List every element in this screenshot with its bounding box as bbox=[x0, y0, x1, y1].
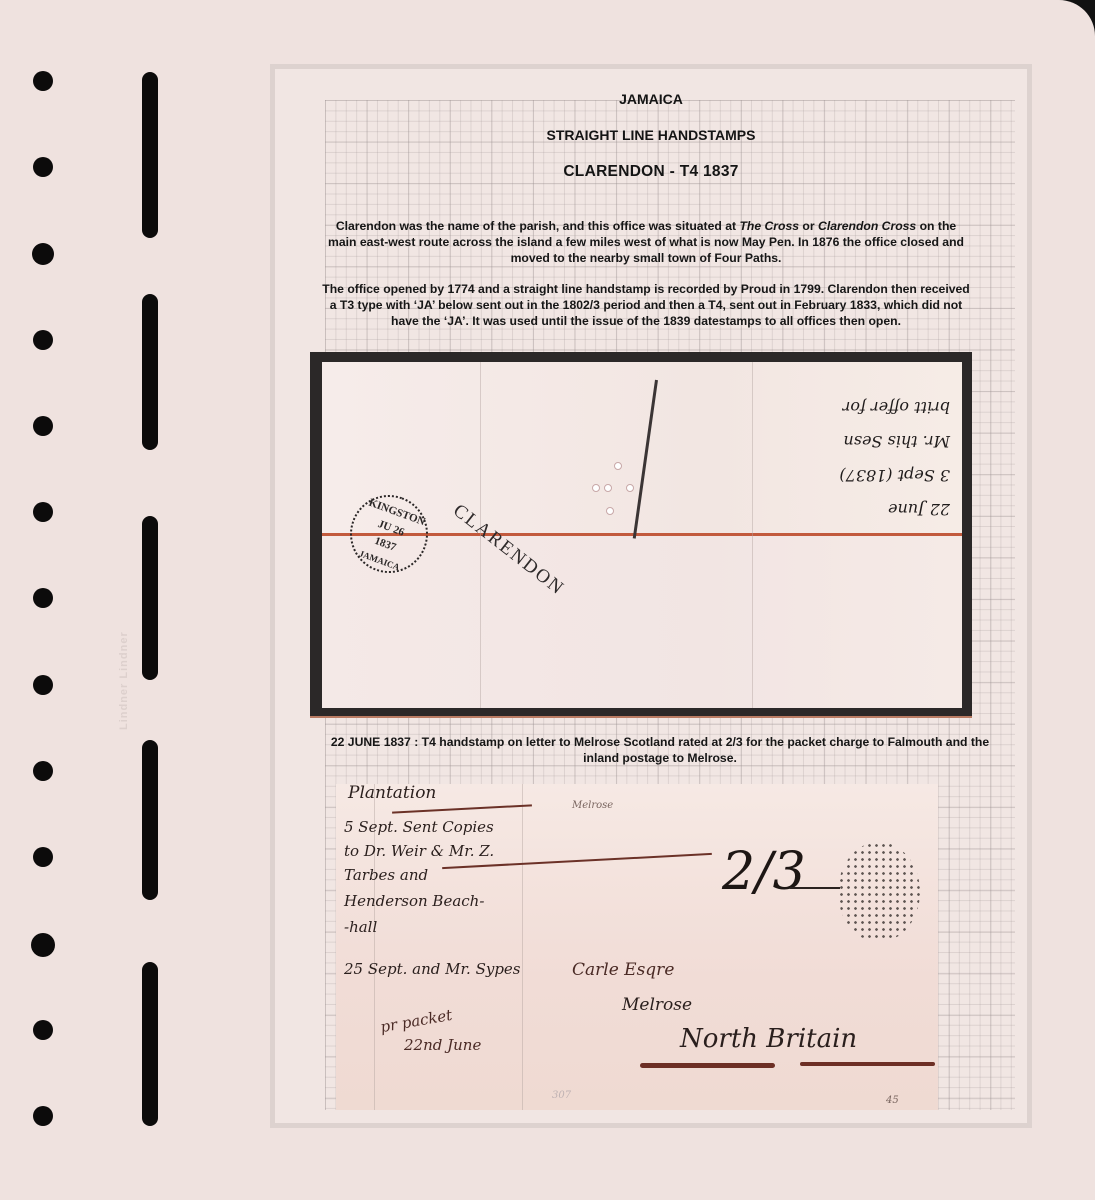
address-town: Melrose bbox=[622, 995, 692, 1015]
binder-hole bbox=[33, 588, 53, 608]
binder-hole bbox=[31, 933, 55, 957]
obliterator-smudge bbox=[838, 842, 920, 942]
pin-hole bbox=[626, 484, 634, 492]
text: or bbox=[799, 219, 818, 233]
country-title: JAMAICA bbox=[270, 91, 1032, 107]
top-note: Melrose bbox=[572, 800, 613, 811]
note-line: 25 Sept. and Mr. Sypes bbox=[344, 960, 521, 978]
postage-rate: 2/3 bbox=[722, 842, 806, 902]
note-line: -hall bbox=[344, 918, 377, 936]
binder-slot bbox=[142, 294, 158, 450]
underline-stroke bbox=[640, 1063, 775, 1068]
cover-caption: 22 JUNE 1837 : T4 handstamp on letter to… bbox=[330, 734, 990, 766]
section-title: STRAIGHT LINE HANDSTAMPS bbox=[270, 127, 1032, 143]
binder-hole bbox=[33, 1106, 53, 1126]
note-line: Henderson Beach- bbox=[344, 892, 484, 910]
binder-slot bbox=[142, 740, 158, 900]
text: Clarendon was the name of the parish, an… bbox=[336, 219, 740, 233]
docket-line: Mr. this Sesn bbox=[750, 424, 950, 458]
binder-hole bbox=[33, 847, 53, 867]
packet-note-date: 22nd June bbox=[404, 1036, 481, 1054]
binder-hole bbox=[33, 675, 53, 695]
address-name: Carle Esqre bbox=[572, 960, 674, 980]
underline-stroke bbox=[800, 1062, 935, 1066]
rate-stroke bbox=[790, 887, 840, 889]
binder-hole bbox=[33, 157, 53, 177]
binder-slot bbox=[142, 72, 158, 238]
docket-inverted: 22 June 3 Sept (1837) Mr. this Sesn brit… bbox=[750, 366, 950, 526]
binder-hole bbox=[32, 243, 54, 265]
italic-place-name: Clarendon Cross bbox=[818, 219, 916, 233]
intro-paragraph-2: The office opened by 1774 and a straight… bbox=[322, 281, 970, 329]
fold-line bbox=[522, 784, 523, 1110]
binder-hole bbox=[33, 502, 53, 522]
docket-line: 3 Sept (1837) bbox=[750, 458, 950, 492]
faint-mark: 307 bbox=[552, 1090, 571, 1101]
italic-place-name: The Cross bbox=[739, 219, 799, 233]
note-plantation: Plantation bbox=[348, 783, 436, 803]
pin-hole bbox=[606, 507, 614, 515]
binder-hole bbox=[33, 1020, 53, 1040]
binder-hole bbox=[33, 761, 53, 781]
binder-hole bbox=[33, 71, 53, 91]
address-country: North Britain bbox=[680, 1024, 857, 1054]
note-line: to Dr. Weir & Mr. Z. bbox=[344, 842, 494, 860]
note-line: 5 Sept. Sent Copies bbox=[344, 818, 494, 836]
album-sheet: Lindner Lindner JAMAICA STRAIGHT LINE HA… bbox=[0, 0, 1095, 1200]
pin-hole bbox=[604, 484, 612, 492]
note-line: Tarbes and bbox=[344, 866, 428, 884]
binder-slot bbox=[142, 962, 158, 1126]
docket-line: britt offer for bbox=[750, 390, 950, 424]
watermark-brand: Lindner Lindner bbox=[118, 500, 148, 730]
docket-line: 22 June bbox=[750, 492, 950, 526]
binder-hole bbox=[33, 416, 53, 436]
binder-hole bbox=[33, 330, 53, 350]
pin-hole bbox=[592, 484, 600, 492]
pin-hole bbox=[614, 462, 622, 470]
subject-title: CLARENDON - T4 1837 bbox=[270, 163, 1032, 181]
intro-paragraph-1: Clarendon was the name of the parish, an… bbox=[322, 218, 970, 266]
faint-mark: 45 bbox=[886, 1095, 899, 1106]
